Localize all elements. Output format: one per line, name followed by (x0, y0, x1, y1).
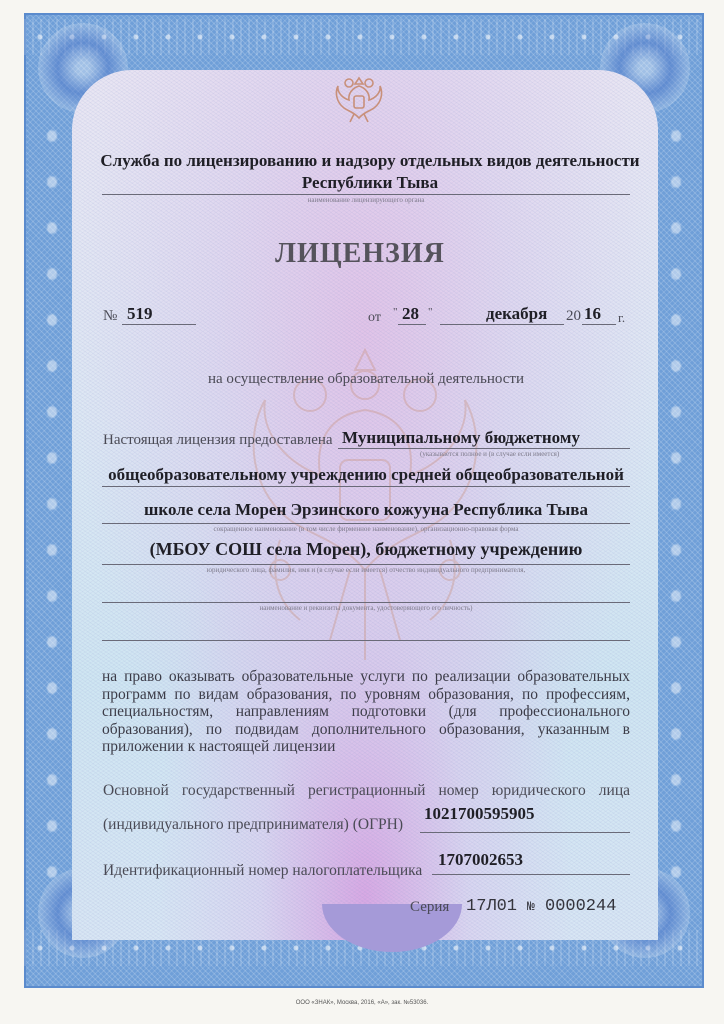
year-unit: г. (618, 310, 625, 326)
licensee-line2: общеобразовательному учреждению средней … (102, 465, 630, 485)
authority-caption: наименование лицензирующего органа (102, 196, 630, 204)
rights-line: приложении к настоящей лицензии (102, 738, 630, 756)
top-ornament-band (24, 19, 704, 55)
rights-line: образования), по подвидам дополнительног… (102, 721, 630, 739)
year-prefix: 20 (566, 308, 581, 325)
ogrn-label-line2: (индивидуального предпринимателя) (ОГРН) (103, 816, 403, 834)
licensee-caption1: (указывается полное и (в случае если име… (420, 450, 630, 458)
left-ornament-band (32, 113, 72, 888)
license-month: декабря (486, 304, 547, 324)
licensee-label: Настоящая лицензия предоставлена (103, 432, 333, 449)
licensee-underline5 (102, 602, 630, 603)
ogrn-label-line1: Основной государственный регистрационный… (103, 782, 630, 800)
license-day: 28 (402, 304, 419, 324)
series-value: 17Л01 (466, 897, 517, 916)
licensing-authority: Служба по лицензированию и надзору отдел… (80, 150, 660, 194)
document-title: ЛИЦЕНЗИЯ (200, 238, 520, 270)
number-prefix: № (103, 308, 117, 325)
month-underline (440, 324, 564, 325)
close-quote: " (428, 306, 433, 318)
authority-underline (102, 194, 630, 195)
licensee-underline1 (338, 448, 630, 449)
licensee-underline3 (102, 523, 630, 524)
printer-imprint: ООО «ЗНАК», Москва, 2016, «А», зак. №530… (0, 1000, 724, 1006)
open-quote: " (393, 306, 398, 318)
blank-number: 0000244 (545, 897, 616, 916)
coat-of-arms-icon (332, 70, 386, 126)
rights-line: специальностям, направлениям подготовки … (102, 703, 630, 721)
licensee-caption3: юридического лица, фамилия, имя и (в слу… (102, 566, 630, 574)
rights-line: на право оказывать образовательные услуг… (102, 668, 630, 686)
rights-line: программ по видам образования, по уровня… (102, 686, 630, 704)
licensee-underline6 (102, 640, 630, 641)
licensee-line1: Муниципальному бюджетному (342, 428, 580, 448)
series-number-sign: № (527, 899, 535, 914)
authority-line2: Республики Тыва (80, 172, 660, 194)
series-label: Серия (410, 899, 449, 916)
year-underline (582, 324, 616, 325)
day-underline (398, 324, 426, 325)
licensee-underline4 (102, 564, 630, 565)
date-prefix: от (368, 310, 381, 326)
licensee-caption4: наименование и реквизиты документа, удос… (102, 604, 630, 612)
license-number: 519 (127, 304, 153, 324)
licensee-line4: (МБОУ СОШ села Морен), бюджетному учрежд… (102, 539, 630, 560)
licensee-caption2: сокращенное наименование (в том числе фи… (102, 525, 630, 533)
right-ornament-band (656, 113, 696, 888)
activity-type: на осуществление образовательной деятель… (102, 371, 630, 388)
license-year: 16 (584, 304, 601, 324)
ogrn-value: 1021700595905 (424, 804, 535, 824)
inn-underline (432, 874, 630, 875)
licensee-line3: школе села Морен Эрзинского кожууна Респ… (102, 500, 630, 520)
ogrn-underline (420, 832, 630, 833)
number-underline (122, 324, 196, 325)
inn-value: 1707002653 (438, 850, 523, 870)
inn-label: Идентификационный номер налогоплательщик… (103, 862, 422, 880)
rights-description: на право оказывать образовательные услуг… (102, 668, 630, 756)
licensee-underline2 (102, 486, 630, 487)
authority-line1: Служба по лицензированию и надзору отдел… (80, 150, 660, 172)
